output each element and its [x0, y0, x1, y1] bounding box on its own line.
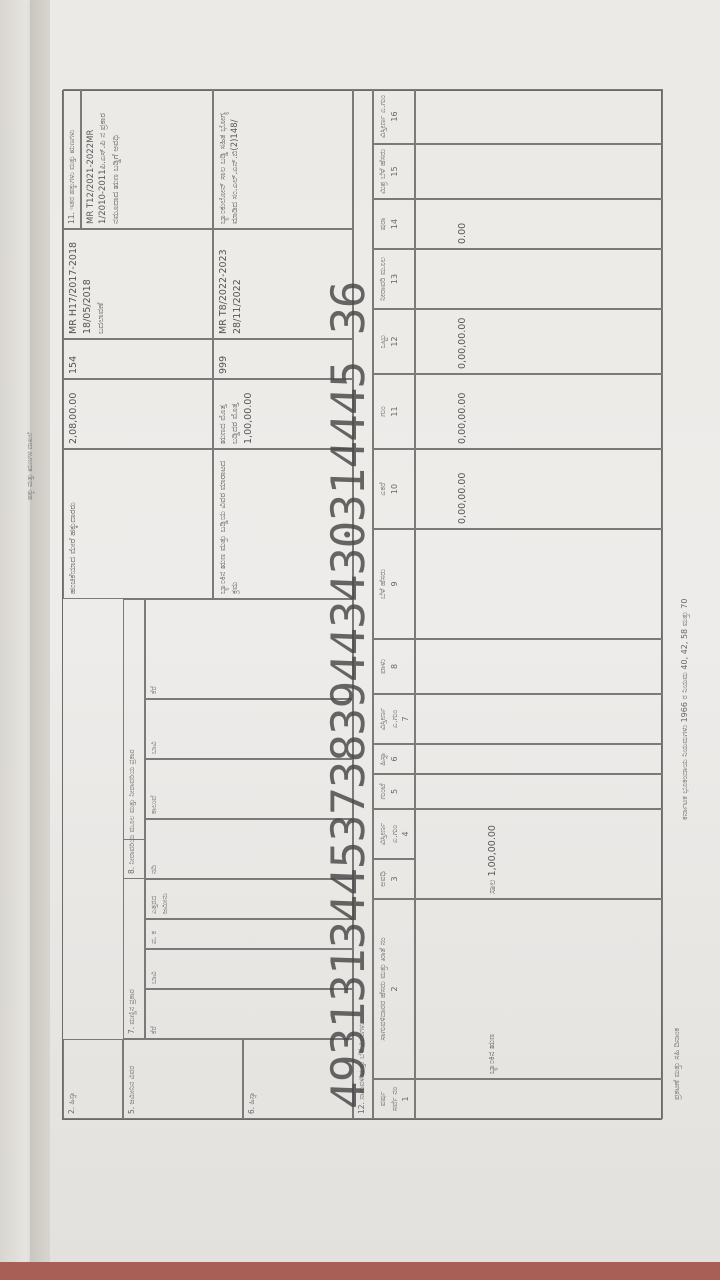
crop-body-col-5 — [415, 774, 663, 809]
crop-col-8: ಪಾಳು8 — [373, 639, 415, 694]
section-5-label: 5. ಜಮೀನಿನ ವಿವರ — [123, 1039, 243, 1119]
land-record-form: 2. ಹಿಸ್ಸಾ 5. ಜಮೀನಿನ ವಿವರ 6. ಹಿಸ್ಸಾ 7. ಮಣ… — [62, 90, 662, 1120]
owner-1-mutation: MR H17/2017-2018 18/05/2018 ಬದಲಾವಣೆ — [63, 229, 213, 339]
owner-1-name: ಹಂಚಿಕೆಯಾದ ಮೇರೆ ಹಕ್ಕುದಾರರು — [63, 449, 213, 599]
crop-col-7: ವಿಸ್ತೀರ್ಣ ಎ.ಗುಂ7 — [373, 694, 415, 744]
crop-col-6: ಹಿಸ್ಸಾ6 — [373, 744, 415, 774]
crop-body-col-16 — [415, 89, 663, 144]
crop-value-2: 0,00,00.00 — [415, 374, 663, 449]
crop-value-1: 0,00,00.00 — [415, 449, 663, 529]
crop-value-3: 0,00,00.00 — [415, 309, 663, 374]
owner-1-amount: 2,08,00.00 — [63, 379, 213, 449]
owner-2-mutation-no: MR T8/2022-2023 — [217, 234, 231, 334]
rights-entry-2: ಬ್ಯಾಂಕುಲೋನ್ ಸಾಲ ಬಡ್ಡಿ ಸಹಿತ ಭೋಗ್ಯ ಮಾಡಿದ ಸ… — [213, 89, 353, 229]
crop-row-label: ಬ್ಯಾಂಕಿನ ಋಣ — [415, 899, 663, 1079]
watermark-number: 4931313445373839443430314445 36 — [321, 281, 375, 1110]
crop-col-14: ಷರಾ14 — [373, 199, 415, 249]
owner-1-mutation-note: ಬದಲಾವಣೆ — [95, 234, 107, 334]
crop-col-13: ನೀರಾವರಿ ಮೂಲ13 — [373, 249, 415, 309]
owner-2-loan-desc: ಋಣದ ಮೊತ್ತ ಬಡ್ಡಿದರ ಮೊತ್ತ — [217, 384, 242, 444]
footer-signature-note: ಪ್ರಕಟಣೆ ಮತ್ತು ಸಹಿ ದಿನಾಂಕ — [672, 1028, 682, 1100]
background-surface — [0, 1262, 720, 1280]
crop-body-col-7 — [415, 694, 663, 744]
crop-value-4: 0.00 — [415, 199, 663, 249]
section-8-label: 8. ನೀರಾವರಿಯ ಮೂಲ ಮತ್ತು ನೀರಾವರಿಯ ಪ್ರಕಾರ — [123, 599, 145, 879]
crop-loan-amount: ಸಾಲ 1,00,00.00 — [415, 809, 663, 899]
rotated-form: ಹಕ್ಕು ಮತ್ತು ಋಣಗಳ ದಾಖಲೆ 2. ಹಿಸ್ಸಾ 5. ಜಮೀನ… — [62, 80, 662, 1120]
crop-col-2: ಸಾಗುವಳಿದಾರರ ಹೆಸರು ಮತ್ತು ಖಾತೆ ನಂ2 — [373, 899, 415, 1079]
form-caption: ಹಕ್ಕು ಮತ್ತು ಋಣಗಳ ದಾಖಲೆ — [26, 432, 35, 500]
crop-col-11: ಗುಂ11 — [373, 374, 415, 449]
crop-body-col-13 — [415, 249, 663, 309]
rights-entry-1: MR T12/2021-2022MR 1/2010-2011ಪಿ.ಎಸ್.ಪಿ … — [81, 89, 213, 229]
section-11-label: 11. ಇತರ ಹಕ್ಕುಗಳು ಮತ್ತು ಋಣಗಳು — [63, 89, 81, 229]
crop-col-5: ಗುಂಟೆ5 — [373, 774, 415, 809]
owner-1-khata: 154 — [63, 339, 213, 379]
crop-body-col-8 — [415, 639, 663, 694]
crop-body-col-9 — [415, 529, 663, 639]
owner-2-mutation-date: 28/11/2022 — [231, 234, 245, 334]
footer-rule-citation: ಕರ್ನಾಟಕ ಭೂಕಂದಾಯ ನಿಯಮಗಳು 1966 ರ ನಿಯಮ 40, … — [680, 599, 690, 820]
crop-body-col-1 — [415, 1079, 663, 1119]
section-2-label: 2. ಹಿಸ್ಸಾ — [63, 1039, 123, 1119]
crop-col-16: ವಿಸ್ತೀರ್ಣ ಎ.ಗುಂ16 — [373, 89, 415, 144]
crop-col-9: ಬೆಳೆ ಹೆಸರು9 — [373, 529, 415, 639]
crop-col-4: ವಿಸ್ತೀರ್ಣ ಎ.ಗುಂ4 — [373, 809, 415, 859]
crop-col-3: ಅವಧಿ3 — [373, 859, 415, 899]
owner-2-amount: 1,00,00.00 — [242, 384, 256, 444]
crop-body-col-15 — [415, 144, 663, 199]
crop-col-15: ಮಿಶ್ರ ಬೆಳೆ ಹೆಸರು15 — [373, 144, 415, 199]
owner-1-mutation-date: 18/05/2018 — [81, 234, 95, 334]
owner-1-mutation-no: MR H17/2017-2018 — [67, 234, 81, 334]
crop-col-1: ವರ್ಷ ಸರ್ವೆ ನಂ1 — [373, 1079, 415, 1119]
crop-col-12: ಒಟ್ಟು12 — [373, 309, 415, 374]
crop-col-10: ಎಕರೆ10 — [373, 449, 415, 529]
crop-body-col-6 — [415, 744, 663, 774]
